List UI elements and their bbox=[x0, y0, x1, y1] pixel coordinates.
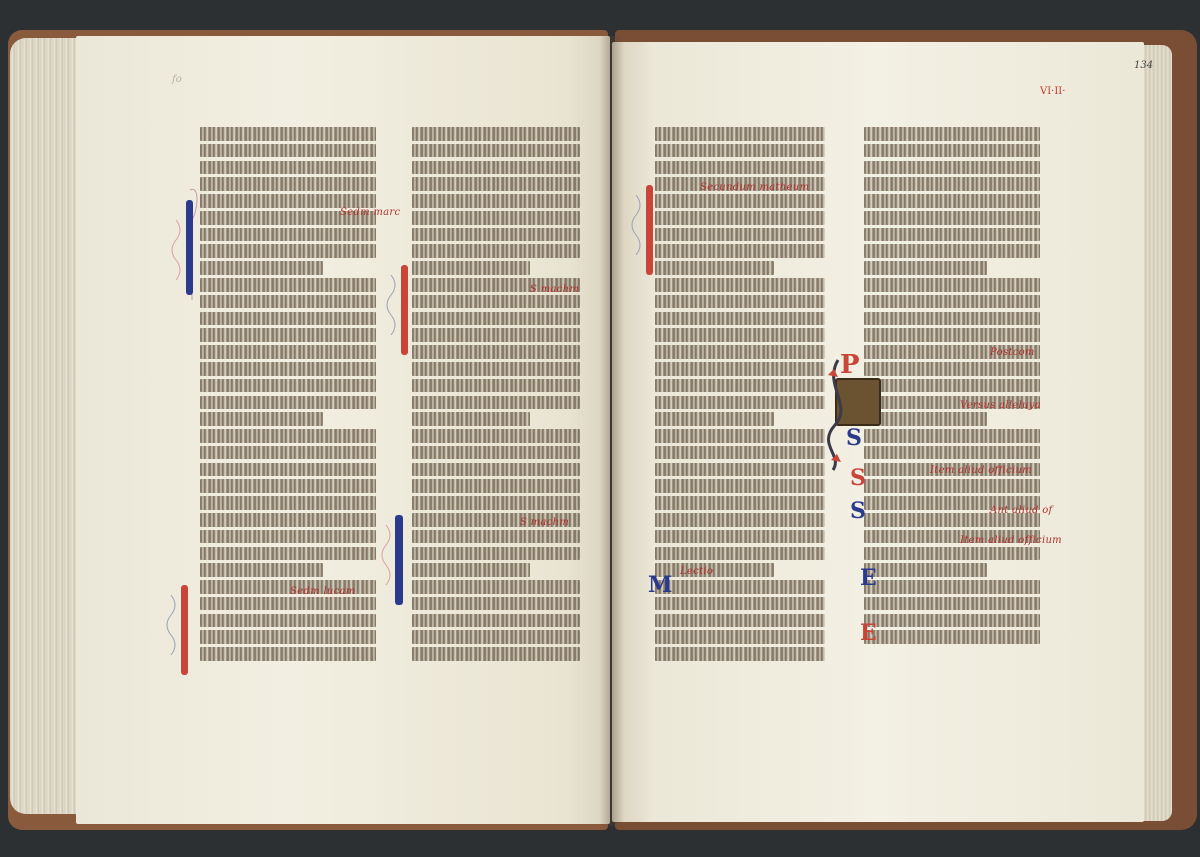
script-line bbox=[200, 261, 323, 275]
script-line bbox=[200, 530, 376, 544]
script-line bbox=[412, 412, 530, 426]
script-line bbox=[200, 312, 376, 326]
script-line bbox=[412, 496, 580, 510]
script-line bbox=[864, 177, 1040, 191]
script-line bbox=[412, 630, 580, 644]
script-line bbox=[655, 496, 825, 510]
script-line bbox=[412, 177, 580, 191]
script-line bbox=[412, 547, 580, 561]
script-line bbox=[655, 630, 825, 644]
script-line bbox=[864, 278, 1040, 292]
script-line bbox=[412, 379, 580, 393]
script-line bbox=[200, 362, 376, 376]
script-line bbox=[864, 563, 987, 577]
rubric: Sedm lucam bbox=[290, 586, 356, 597]
faint-folio-mark: fo bbox=[172, 74, 182, 85]
script-line bbox=[655, 362, 825, 376]
page-edges-right bbox=[1140, 45, 1172, 821]
page-edges-left bbox=[10, 38, 80, 814]
script-line bbox=[200, 177, 376, 191]
script-line bbox=[655, 597, 825, 611]
script-line bbox=[412, 127, 580, 141]
running-head: VI·II· bbox=[1040, 86, 1065, 97]
script-line bbox=[200, 563, 323, 577]
script-line bbox=[655, 429, 825, 443]
manuscript-photo: fo 134 VI·II· Sedm marc Sedm lucam S mac… bbox=[0, 0, 1200, 857]
script-line bbox=[200, 630, 376, 644]
script-line bbox=[655, 328, 825, 342]
script-line bbox=[412, 580, 580, 594]
script-line bbox=[200, 463, 376, 477]
script-line bbox=[200, 429, 376, 443]
script-line bbox=[412, 446, 580, 460]
script-line bbox=[864, 429, 1040, 443]
script-line bbox=[412, 563, 530, 577]
script-line bbox=[412, 429, 580, 443]
penwork-initial-i-icon bbox=[165, 575, 205, 685]
script-line bbox=[200, 446, 376, 460]
initial-s: S bbox=[850, 465, 866, 491]
script-line bbox=[412, 614, 580, 628]
script-line bbox=[864, 379, 1040, 393]
script-line bbox=[864, 312, 1040, 326]
script-line bbox=[200, 597, 376, 611]
script-line bbox=[655, 194, 825, 208]
rubric: S machm bbox=[520, 517, 569, 528]
script-line bbox=[655, 647, 825, 661]
script-line bbox=[655, 295, 825, 309]
script-line bbox=[200, 161, 376, 175]
script-line bbox=[655, 261, 774, 275]
script-line bbox=[412, 479, 580, 493]
script-line bbox=[655, 513, 825, 527]
penwork-initial-i-icon bbox=[630, 175, 670, 285]
script-line bbox=[200, 295, 376, 309]
script-line bbox=[864, 328, 1040, 342]
script-line bbox=[864, 144, 1040, 158]
script-line bbox=[412, 261, 530, 275]
script-line bbox=[412, 244, 580, 258]
gutter-shadow bbox=[600, 36, 624, 826]
penwork-initial-i-icon bbox=[170, 180, 210, 320]
script-line bbox=[655, 228, 825, 242]
script-line bbox=[412, 161, 580, 175]
script-line bbox=[200, 547, 376, 561]
script-line bbox=[412, 647, 580, 661]
script-line bbox=[655, 345, 825, 359]
script-line bbox=[655, 278, 825, 292]
script-line bbox=[655, 479, 825, 493]
script-line bbox=[200, 496, 376, 510]
rubric: Lectio bbox=[680, 566, 713, 577]
script-line bbox=[864, 261, 987, 275]
script-line bbox=[200, 513, 376, 527]
rubric: S machm bbox=[530, 284, 579, 295]
script-line bbox=[864, 295, 1040, 309]
script-line bbox=[864, 580, 1040, 594]
rubric: Secundum matheum bbox=[700, 182, 809, 193]
script-line bbox=[864, 547, 1040, 561]
script-line bbox=[200, 379, 376, 393]
script-line bbox=[412, 312, 580, 326]
script-line bbox=[655, 563, 774, 577]
script-line bbox=[200, 244, 376, 258]
script-line bbox=[200, 328, 376, 342]
script-line bbox=[200, 345, 376, 359]
script-line bbox=[864, 630, 1040, 644]
script-line bbox=[412, 328, 580, 342]
script-line bbox=[200, 479, 376, 493]
initial-s: S bbox=[846, 425, 862, 451]
script-line bbox=[864, 194, 1040, 208]
script-line bbox=[412, 463, 580, 477]
script-line bbox=[864, 479, 1040, 493]
script-line bbox=[655, 530, 825, 544]
rubric: Item aliud officium bbox=[930, 465, 1032, 476]
initial-e: E bbox=[860, 565, 877, 591]
script-line bbox=[655, 412, 774, 426]
script-line bbox=[655, 396, 825, 410]
left-column-2 bbox=[412, 127, 580, 662]
rubric: Sedm marc bbox=[340, 207, 400, 218]
initial-e: E bbox=[860, 620, 877, 646]
script-line bbox=[200, 144, 376, 158]
script-line bbox=[864, 597, 1040, 611]
script-line bbox=[655, 211, 825, 225]
script-line bbox=[412, 396, 580, 410]
script-line bbox=[200, 228, 376, 242]
script-line bbox=[412, 295, 580, 309]
script-line bbox=[412, 144, 580, 158]
script-line bbox=[864, 446, 1040, 460]
script-line bbox=[655, 463, 825, 477]
script-line bbox=[655, 144, 825, 158]
script-line bbox=[864, 412, 987, 426]
script-line bbox=[412, 597, 580, 611]
penwork-initial-i-icon bbox=[385, 255, 425, 365]
script-line bbox=[412, 194, 580, 208]
script-line bbox=[200, 127, 376, 141]
script-line bbox=[655, 312, 825, 326]
script-line bbox=[655, 379, 825, 393]
script-line bbox=[412, 530, 580, 544]
script-line bbox=[655, 614, 825, 628]
rubric: Postcom bbox=[990, 347, 1035, 358]
script-line bbox=[412, 362, 580, 376]
script-line bbox=[864, 362, 1040, 376]
script-line bbox=[864, 161, 1040, 175]
script-line bbox=[864, 614, 1040, 628]
script-line bbox=[655, 446, 825, 460]
right-column-1 bbox=[655, 127, 825, 662]
script-line bbox=[655, 580, 825, 594]
script-line bbox=[864, 228, 1040, 242]
script-line bbox=[864, 127, 1040, 141]
script-line bbox=[412, 228, 580, 242]
penwork-initial-i-icon bbox=[380, 505, 420, 615]
script-line bbox=[655, 161, 825, 175]
rubric: Item aliud officium bbox=[960, 535, 1062, 546]
rubric: Versus alleluya bbox=[960, 400, 1041, 411]
right-column-2 bbox=[864, 127, 1040, 662]
initial-s: S bbox=[850, 498, 866, 524]
script-line bbox=[200, 614, 376, 628]
script-line bbox=[864, 211, 1040, 225]
script-line bbox=[412, 211, 580, 225]
folio-number: 134 bbox=[1134, 60, 1153, 71]
script-line bbox=[864, 244, 1040, 258]
initial-p: P bbox=[840, 350, 860, 380]
script-line bbox=[200, 194, 376, 208]
script-line bbox=[200, 647, 376, 661]
script-line bbox=[655, 547, 825, 561]
rubric: Ant aliud of bbox=[990, 505, 1053, 516]
script-line bbox=[655, 244, 825, 258]
script-line bbox=[412, 345, 580, 359]
script-line bbox=[200, 396, 376, 410]
script-line bbox=[200, 278, 376, 292]
initial-m: M bbox=[648, 572, 672, 598]
script-line bbox=[655, 127, 825, 141]
script-line bbox=[200, 412, 323, 426]
